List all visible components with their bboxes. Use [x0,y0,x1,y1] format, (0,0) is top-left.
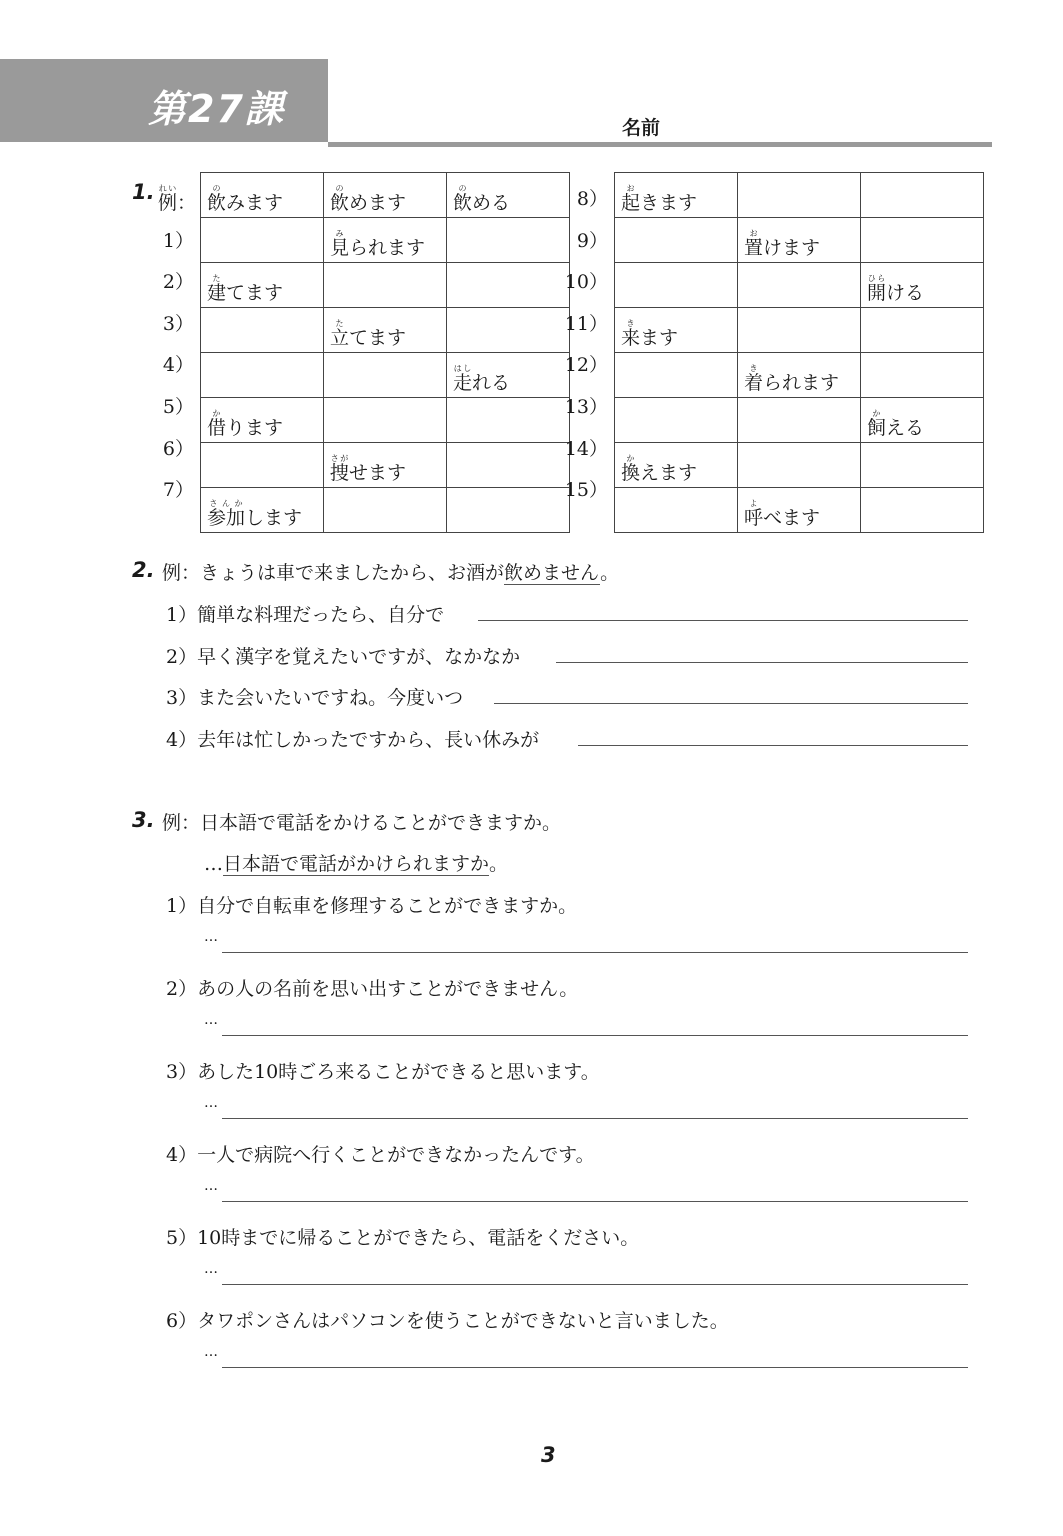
ex3-answer-blank[interactable] [222,1367,968,1368]
ex1-cell-blank[interactable] [861,173,984,218]
ex1-cell-given: 起おきます [615,173,738,218]
ex2-example: 例：きょうは車で来ましたから、お酒が飲めません。 [162,558,619,585]
ex1-row-label: 15） [552,475,608,502]
ex2-item: 4）去年は忙しかったですから、長い休みが [166,725,539,752]
ex1-cell-blank[interactable] [861,218,984,263]
ex1-cell-blank[interactable] [615,488,738,533]
ex1-row-label: 8） [552,184,608,211]
ex1-cell-blank[interactable] [738,263,861,308]
ex1-cell-given: 建たてます [201,263,324,308]
ex3-answer-blank[interactable] [222,1201,968,1202]
ex1-cell-blank[interactable] [324,353,447,398]
lesson-title: 第27課 [148,78,285,133]
ex1-cell-blank[interactable] [738,308,861,353]
ex1-cell-blank[interactable] [615,398,738,443]
ex3-answer-prefix: … [204,929,218,945]
header-rule [328,142,992,147]
page-number: 3 [541,1443,556,1467]
ex3-number: 3. [132,808,155,832]
ex3-answer-prefix: … [204,1095,218,1111]
ex1-row-label: 2） [138,267,194,294]
ex3-item: 1）自分で自転車を修理することができますか。 [166,891,577,918]
ex2-item: 3）また会いたいですね。今度いつ [166,683,463,710]
ex2-answer-blank[interactable] [556,662,968,663]
ex1-row-label: 3） [138,309,194,336]
ex1-row: 呼よべます [615,488,984,533]
ex3-item: 6）タワポンさんはパソコンを使うことができないと言いました。 [166,1306,729,1333]
ex1-cell-given: 飼かえる [861,398,984,443]
ex1-row-label: 1） [138,226,194,253]
ex1-row-label: 9） [552,226,608,253]
ex1-cell-blank[interactable] [201,353,324,398]
ex3-example: 例：日本語で電話をかけることができますか。 [162,808,561,835]
ex2-answer-blank[interactable] [494,703,968,704]
ex3-answer-prefix: … [204,1178,218,1194]
ex3-answer-prefix: … [204,1261,218,1277]
ex1-row: 捜さがせます [201,443,570,488]
ex1-row-label: 5） [138,392,194,419]
ex2-number: 2. [132,558,155,582]
ex1-cell-blank[interactable] [615,263,738,308]
ex3-item: 5）10時までに帰ることができたら、電話をください。 [166,1223,639,1250]
ex3-answer-blank[interactable] [222,952,968,953]
ex1-row: 着きられます [615,353,984,398]
ex1-cell-given: 立たてます [324,308,447,353]
ex1-cell-blank[interactable] [324,398,447,443]
ex1-row-label: 14） [552,434,608,461]
ex1-cell-given: 換かえます [615,443,738,488]
ex2-example-answer: 飲めません [504,562,600,585]
ex1-row: 走はしれる [201,353,570,398]
ex1-row: 借かります [201,398,570,443]
ex1-row-label: 13） [552,392,608,419]
ex1-row: 置おけます [615,218,984,263]
ex2-item: 2）早く漢字を覚えたいですが、なかなか [166,642,520,669]
ex1-table-left: 飲のみます飲のめます飲のめる見みられます建たてます立たてます走はしれる借かります… [200,172,570,533]
ex1-cell-given: 来きます [615,308,738,353]
ex1-cell-blank[interactable] [201,218,324,263]
ex1-row: 見みられます [201,218,570,263]
ex1-row: 開ひらける [615,263,984,308]
ex1-cell-given: 着きられます [738,353,861,398]
ex3-item: 4）一人で病院へ行くことができなかったんです。 [166,1140,595,1167]
ex1-cell-blank[interactable] [201,443,324,488]
ex1-row: 建たてます [201,263,570,308]
ex1-row: 立たてます [201,308,570,353]
ex1-cell-given: 借かります [201,398,324,443]
ex1-row: 起おきます [615,173,984,218]
ex1-cell-blank[interactable] [861,488,984,533]
ex2-answer-blank[interactable] [478,620,968,621]
ex1-row-label: 12） [552,350,608,377]
ex1-cell-given: 飲のみます [201,173,324,218]
ex1-row-label: 10） [552,267,608,294]
ex3-answer-prefix: … [204,1012,218,1028]
ex1-cell-given: 参加さんかします [201,488,324,533]
ex1-row: 飲のみます飲のめます飲のめる [201,173,570,218]
ex1-cell-given: 飲のめます [324,173,447,218]
ex1-cell-blank[interactable] [861,308,984,353]
ex1-cell-given: 置おけます [738,218,861,263]
ex1-cell-given: 捜さがせます [324,443,447,488]
ex1-table-right: 起おきます置おけます開ひらける来きます着きられます飼かえる換かえます呼よべます [614,172,984,533]
ex1-row: 換かえます [615,443,984,488]
ex1-row-label: 6） [138,434,194,461]
ex3-answer-blank[interactable] [222,1035,968,1036]
ex3-answer-blank[interactable] [222,1284,968,1285]
ex1-row: 参加さんかします [201,488,570,533]
ex3-answer-blank[interactable] [222,1118,968,1119]
ex3-example-answer: …日本語で電話がかけられますか。 [204,849,508,876]
name-label: 名前 [622,113,660,140]
ex1-cell-blank[interactable] [201,308,324,353]
ex1-cell-blank[interactable] [861,353,984,398]
ex1-cell-given: 開ひらける [861,263,984,308]
ex1-cell-blank[interactable] [738,173,861,218]
ex1-cell-blank[interactable] [738,443,861,488]
ex1-row: 飼かえる [615,398,984,443]
ex1-row-label: 7） [138,475,194,502]
ex3-item: 3）あした10時ごろ来ることができると思います。 [166,1057,600,1084]
ex1-row-label: 11） [552,309,608,336]
ex2-item: 1）簡単な料理だったら、自分で [166,600,444,627]
ex1-row: 来きます [615,308,984,353]
ex1-cell-blank[interactable] [324,263,447,308]
ex1-cell-blank[interactable] [324,488,447,533]
ex2-answer-blank[interactable] [578,745,968,746]
ex1-cell-blank[interactable] [861,443,984,488]
ex1-row-label: 例れい： [140,184,196,215]
ex1-cell-blank[interactable] [615,353,738,398]
ex1-cell-given: 呼よべます [738,488,861,533]
ex3-item: 2）あの人の名前を思い出すことができません。 [166,974,578,1001]
ex1-cell-blank[interactable] [738,398,861,443]
ex1-cell-blank[interactable] [615,218,738,263]
ex3-answer-prefix: … [204,1344,218,1360]
ex1-row-label: 4） [138,350,194,377]
ex1-cell-given: 見みられます [324,218,447,263]
